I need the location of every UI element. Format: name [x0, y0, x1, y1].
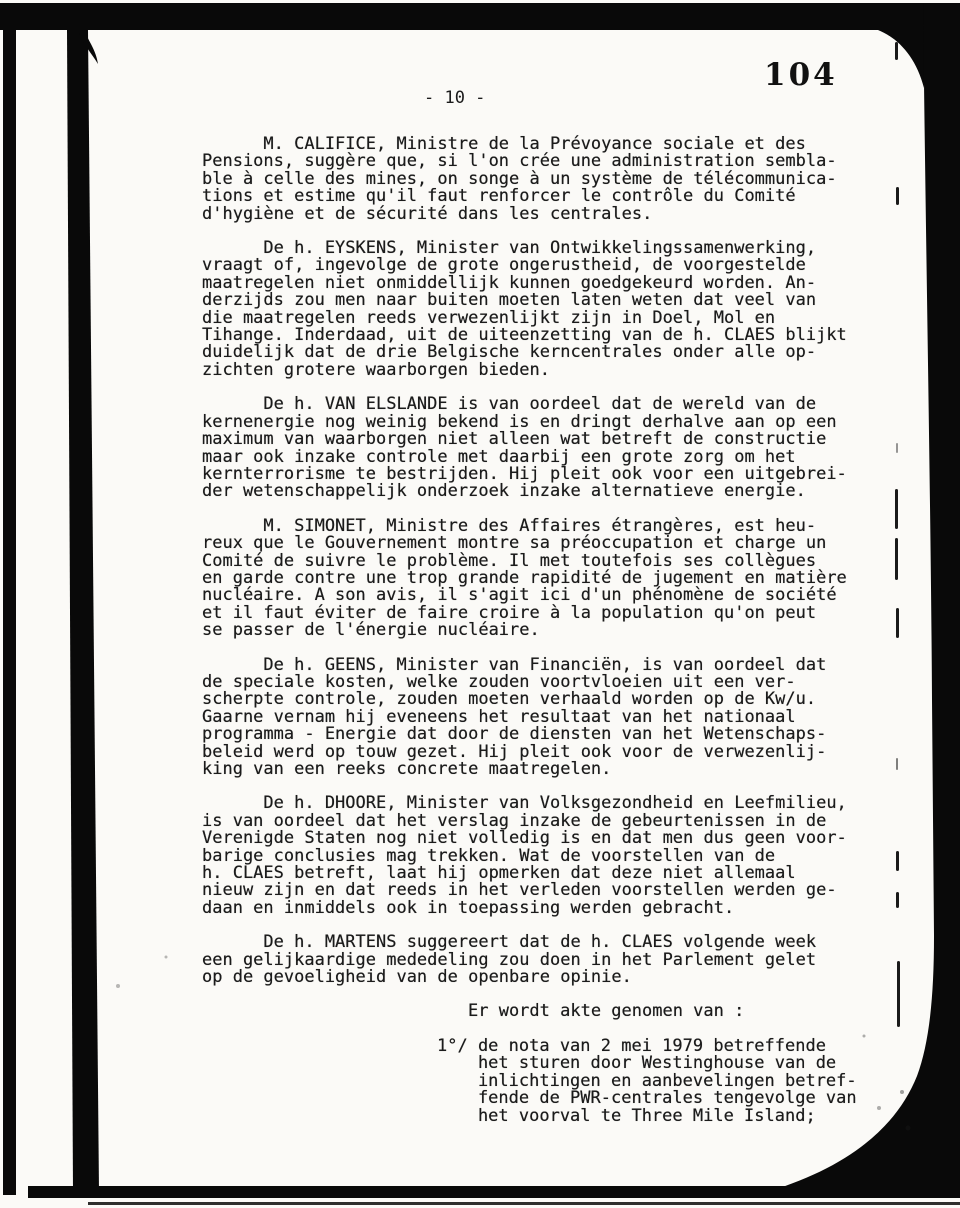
minutes-text: M. CALIFICE, Ministre de la Prévoyance s…	[202, 136, 914, 1142]
paragraph-van-elslande: De h. VAN ELSLANDE is van oordeel dat de…	[202, 396, 914, 500]
paragraph-eyskens: De h. EYSKENS, Minister van Ontwikkeling…	[202, 240, 914, 379]
paragraph-geens: De h. GEENS, Minister van Financiën, is …	[202, 657, 914, 779]
page-number: - 10 -	[424, 88, 485, 108]
paragraph-califice: M. CALIFICE, Ministre de la Prévoyance s…	[202, 136, 914, 223]
stamp-page-number: 104	[764, 57, 838, 93]
paragraph-martens: De h. MARTENS suggereert dat de h. CLAES…	[202, 934, 914, 986]
agenda-item-1: 1°/ de nota van 2 mei 1979 betreffende h…	[202, 1038, 914, 1125]
paragraph-simonet: M. SIMONET, Ministre des Affaires étrang…	[202, 518, 914, 640]
record-heading: Er wordt akte genomen van :	[202, 1003, 914, 1020]
scanned-document-page: 104 - 10 - M. CALIFICE, Ministre de la P…	[0, 0, 960, 1208]
paragraph-dhoore: De h. DHOORE, Minister van Volksgezondhe…	[202, 795, 914, 917]
